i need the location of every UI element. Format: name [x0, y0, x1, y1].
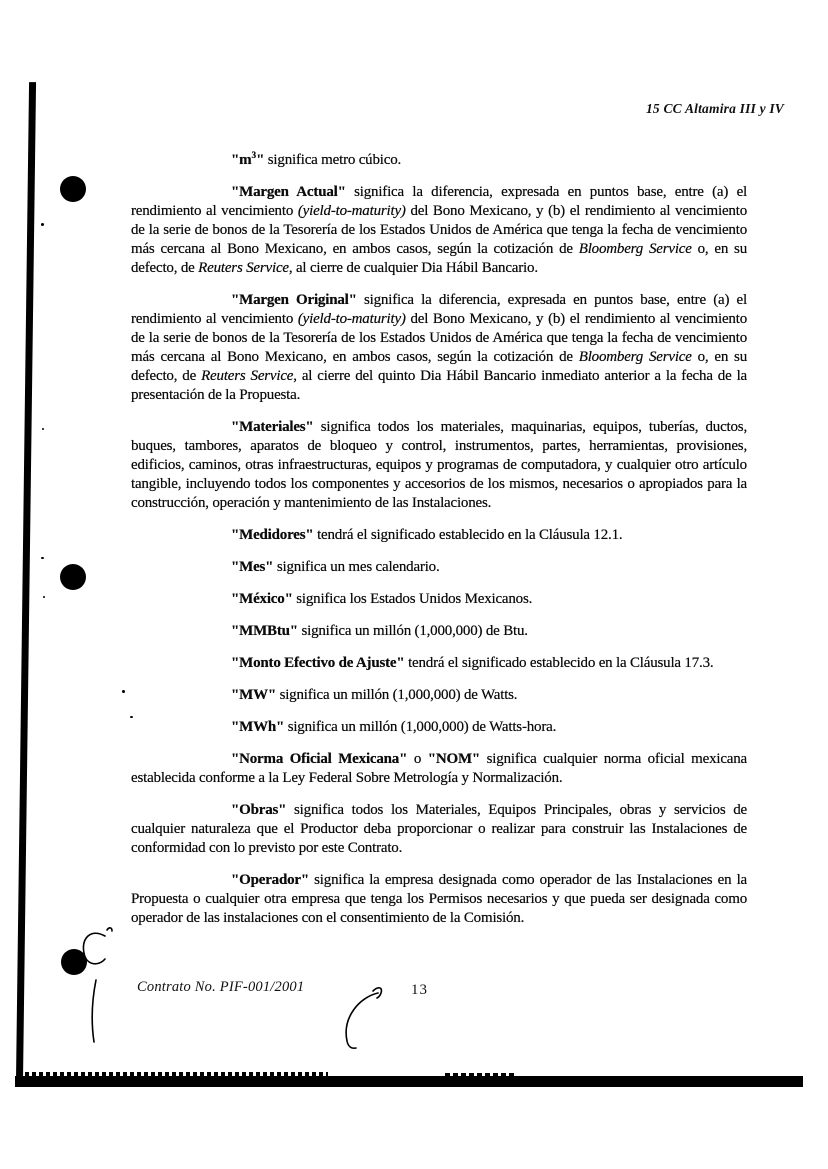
definition-paragraph-mwh: "MWh" significa un millón (1,000,000) de… [131, 718, 747, 737]
definition-paragraph-margen-actual: "Margen Actual" significa la diferencia,… [131, 183, 747, 278]
definition-paragraph-materiales: "Materiales" significa todos los materia… [131, 418, 747, 513]
definition-paragraph-monto-efectivo: "Monto Efectivo de Ajuste" tendrá el sig… [131, 654, 747, 673]
toner-speck [42, 428, 44, 430]
defined-term: "Operador" [231, 872, 309, 888]
definition-text: significa un mes calendario. [273, 559, 439, 575]
definition-text: significa todos los materiales, maquinar… [131, 419, 747, 511]
toner-speck [43, 596, 45, 598]
pen-mark-curl-left [76, 924, 121, 1049]
hole-punch-mark-middle [60, 564, 86, 590]
scan-edge-left-bar [16, 82, 36, 1080]
scan-edge-rough-center [445, 1073, 517, 1076]
definition-text: significa un millón (1,000,000) de Btu. [298, 623, 528, 639]
definition-paragraph-mmbtu: "MMBtu" significa un millón (1,000,000) … [131, 622, 747, 641]
hole-punch-mark-top [60, 176, 86, 202]
definition-paragraph-m3: "m3" significa metro cúbico. [131, 147, 747, 170]
definition-text: significa metro cúbico. [264, 152, 401, 168]
defined-term: "Medidores" [231, 527, 314, 543]
definition-text: significa los Estados Unidos Mexicanos. [293, 591, 532, 607]
defined-term: "Margen Actual" [231, 184, 346, 200]
toner-speck [41, 223, 44, 226]
italic-phrase: Reuters Service [201, 368, 293, 384]
defined-term: "México" [231, 591, 293, 607]
definition-text: tendrá el significado establecido en la … [314, 527, 623, 543]
definition-paragraph-margen-original: "Margen Original" significa la diferenci… [131, 291, 747, 405]
defined-term: "Materiales" [231, 419, 314, 435]
defined-term: "MW" [231, 687, 276, 703]
definition-paragraph-obras: "Obras" significa todos los Materiales, … [131, 801, 747, 858]
pen-stroke [346, 993, 378, 1048]
pen-mark-crescent-center [330, 975, 400, 1060]
definition-text: o [407, 751, 428, 767]
document-page: 15 CC Altamira III y IV "m3" significa m… [0, 0, 828, 1169]
definition-paragraph-mes: "Mes" significa un mes calendario. [131, 558, 747, 577]
definition-text: significa un millón (1,000,000) de Watts… [284, 719, 556, 735]
italic-phrase: (yield-to-maturity) [298, 203, 406, 219]
defined-term: "Norma Oficial Mexicana" [231, 751, 407, 767]
definition-text: tendrá el significado establecido en la … [405, 655, 714, 671]
scan-edge-rough-left [18, 1072, 328, 1076]
italic-phrase: Bloomberg Service [579, 349, 692, 365]
italic-phrase: Bloomberg Service [579, 241, 692, 257]
definition-text: , al cierre de cualquier Dia Hábil Banca… [289, 260, 538, 276]
defined-term: "Obras" [231, 802, 286, 818]
italic-phrase: (yield-to-maturity) [298, 311, 406, 327]
defined-term: "NOM" [428, 751, 480, 767]
pen-stroke [107, 928, 112, 931]
pen-stroke [92, 980, 96, 1042]
toner-speck [122, 690, 125, 693]
defined-term: "MWh" [231, 719, 284, 735]
defined-term: "Mes" [231, 559, 273, 575]
definition-text: significa un millón (1,000,000) de Watts… [276, 687, 517, 703]
definitions-list: "m3" significa metro cúbico. "Margen Act… [131, 147, 747, 941]
definition-paragraph-operador: "Operador" significa la empresa designad… [131, 871, 747, 928]
definition-paragraph-nom: "Norma Oficial Mexicana" o "NOM" signifi… [131, 750, 747, 788]
header-annotation: 15 CC Altamira III y IV [646, 101, 784, 117]
definition-text: significa todos los Materiales, Equipos … [131, 802, 747, 856]
defined-term: "Monto Efectivo de Ajuste" [231, 655, 405, 671]
defined-term: " [256, 152, 264, 168]
page-number: 13 [411, 982, 428, 999]
definition-paragraph-mexico: "México" significa los Estados Unidos Me… [131, 590, 747, 609]
defined-term: "m [231, 152, 251, 168]
definition-paragraph-mw: "MW" significa un millón (1,000,000) de … [131, 686, 747, 705]
definition-text: significa la empresa designada como oper… [131, 872, 747, 926]
italic-phrase: Reuters Service [198, 260, 289, 276]
footer-contract-number: Contrato No. PIF-001/2001 [137, 979, 304, 996]
defined-term: "MMBtu" [231, 623, 298, 639]
scan-edge-bottom-bar [15, 1076, 803, 1087]
defined-term: "Margen Original" [231, 292, 357, 308]
pen-stroke [83, 933, 105, 963]
definition-paragraph-medidores: "Medidores" tendrá el significado establ… [131, 526, 747, 545]
toner-speck [41, 557, 44, 559]
